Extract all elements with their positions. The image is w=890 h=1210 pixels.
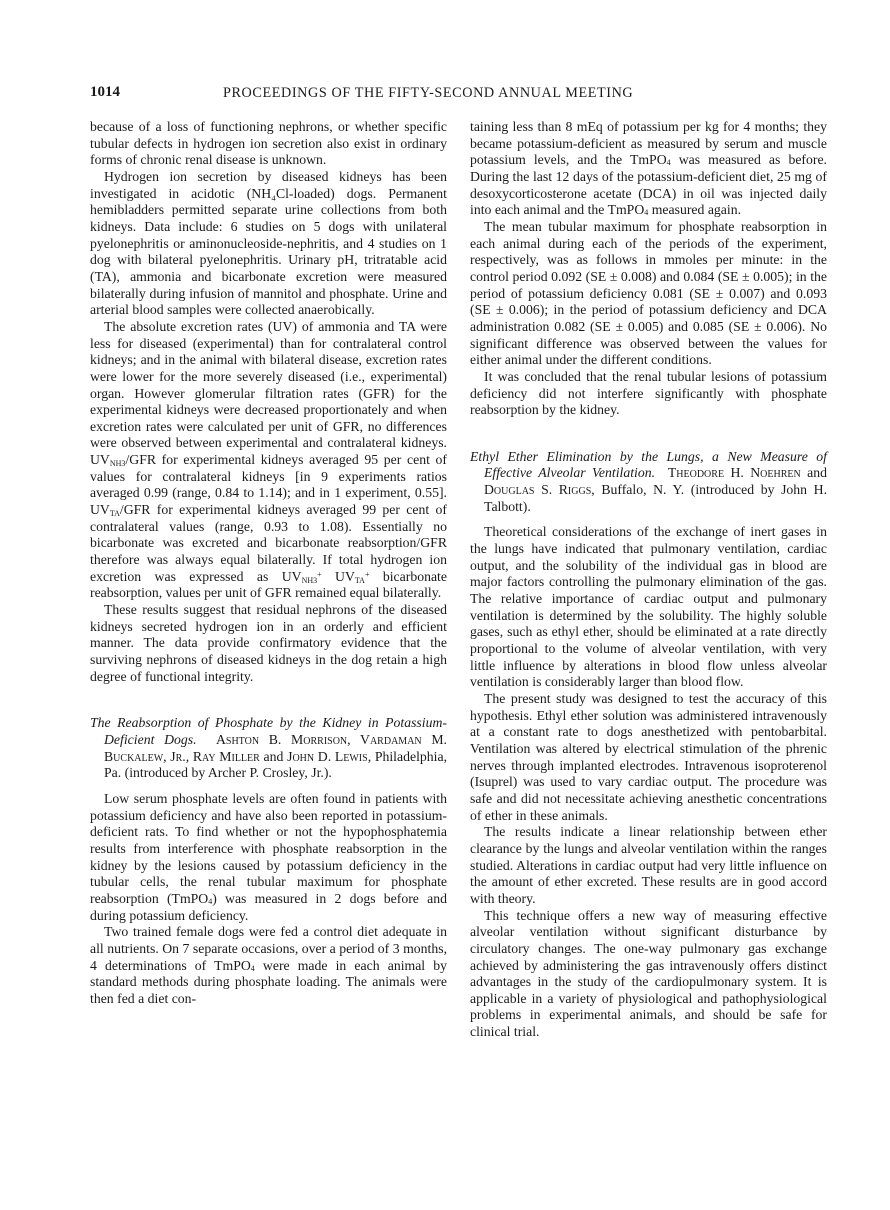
subscript-ta: TA: [110, 509, 120, 518]
right-column: taining less than 8 mEq of potassium per…: [470, 119, 827, 1041]
paragraph: Hydrogen ion secretion by diseased kidne…: [90, 169, 447, 319]
paragraph: The present study was designed to test t…: [470, 691, 827, 824]
page-number: 1014: [90, 84, 120, 101]
paragraph: Two trained female dogs were fed a contr…: [90, 924, 447, 1007]
abstract-author: Douglas S. Riggs: [484, 482, 591, 497]
abstract-author: Theodore H. Noehren: [668, 465, 801, 480]
paragraph: Low serum phosphate levels are often fou…: [90, 791, 447, 924]
running-head: 1014 PROCEEDINGS OF THE FIFTY-SECOND ANN…: [90, 84, 828, 104]
paragraph: This technique offers a new way of measu…: [470, 908, 827, 1041]
abstract-heading: Ethyl Ether Elimination by the Lungs, a …: [470, 449, 827, 516]
journal-title: PROCEEDINGS OF THE FIFTY-SECOND ANNUAL M…: [223, 85, 633, 102]
paragraph: It was concluded that the renal tubular …: [470, 369, 827, 419]
paragraph-continuation: taining less than 8 mEq of potassium per…: [470, 119, 827, 219]
abstract-author: John D. Lewis: [287, 749, 368, 764]
left-column: because of a loss of functioning nephron…: [90, 119, 447, 1007]
subscript-nh3: NH3: [302, 576, 318, 585]
paragraph: These results suggest that residual neph…: [90, 602, 447, 685]
paragraph: The results indicate a linear relationsh…: [470, 824, 827, 907]
paragraph: Theoretical considerations of the exchan…: [470, 524, 827, 691]
paragraph: The absolute excretion rates (UV) of amm…: [90, 319, 447, 602]
paragraph: The mean tubular maximum for phosphate r…: [470, 219, 827, 369]
paragraph-continuation: because of a loss of functioning nephron…: [90, 119, 447, 169]
abstract-heading: The Reabsorption of Phosphate by the Kid…: [90, 715, 447, 782]
subscript-ta: TA: [355, 576, 365, 585]
subscript-nh3: NH3: [110, 459, 126, 468]
